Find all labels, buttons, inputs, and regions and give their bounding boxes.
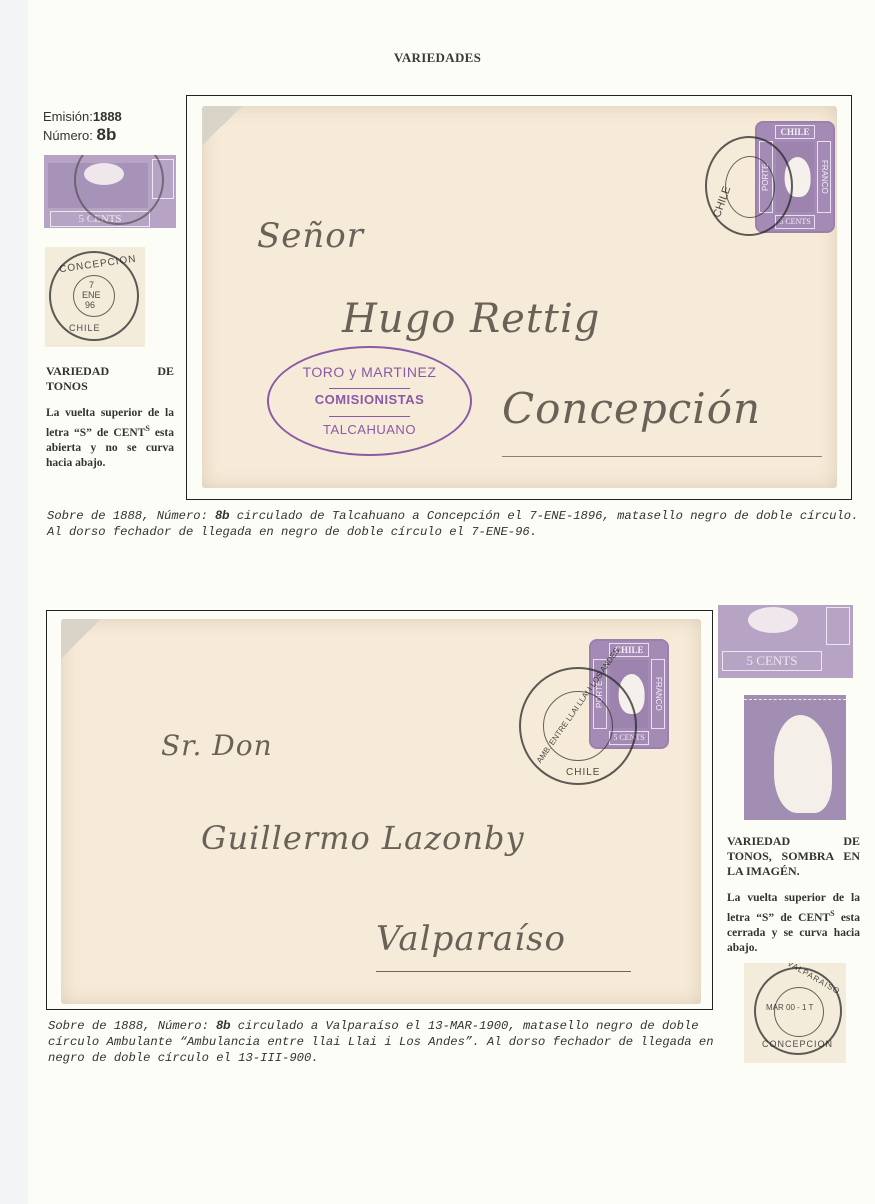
address-line-1: Señor bbox=[257, 216, 364, 256]
variety-note-2: VARIEDAD DE TONOS, SOMBRA EN LA IMAGÉN. … bbox=[727, 834, 860, 956]
issue-label: Emisión: bbox=[43, 109, 93, 124]
address-line-2: Hugo Rettig bbox=[342, 296, 600, 342]
issue-info: Emisión:1888 Número: 8b bbox=[43, 108, 122, 145]
envelope-2: CHILE PORTE FRANCO 5 CENTS AMB. ENTRE LL… bbox=[61, 619, 701, 1004]
cancel-detail-image-2: MAR 00 - 1 T VALPARAISO CONCEPCION bbox=[744, 963, 846, 1063]
cancel-date: MAR 00 - 1 T bbox=[766, 1003, 813, 1012]
cancel-destination: CONCEPCION bbox=[762, 1039, 833, 1049]
catalog-label: Número: bbox=[43, 128, 93, 143]
catalog-number: 8b bbox=[96, 125, 116, 144]
issue-year: 1888 bbox=[93, 109, 122, 124]
cancel-year: 96 bbox=[85, 300, 95, 310]
page-title: VARIEDADES bbox=[0, 50, 875, 66]
caption-1: Sobre de 1888, Número: 8b circulado de T… bbox=[47, 507, 862, 540]
note-heading: VARIEDAD DE bbox=[727, 834, 860, 849]
address-line-1: Sr. Don bbox=[161, 729, 273, 762]
cancel-day: 7 bbox=[89, 280, 94, 290]
envelope-1: CHILE PORTE FRANCO 5 CENTS CHILE Señor H… bbox=[202, 106, 837, 488]
note-heading-2: TONOS, SOMBRA EN bbox=[727, 849, 860, 864]
catalog-number-line: Número: 8b bbox=[43, 126, 122, 145]
note-body: La vuelta superior de la letra “S” de CE… bbox=[46, 406, 174, 471]
stamp-detail-image-1: 5 CENTS bbox=[44, 155, 176, 228]
portrait-detail-image bbox=[744, 695, 846, 820]
note-heading: VARIEDAD DE bbox=[46, 364, 174, 379]
stamp-detail-image-2: 5 CENTS bbox=[718, 605, 853, 678]
postmark-1 bbox=[705, 136, 793, 236]
envelope-frame-1: CHILE PORTE FRANCO 5 CENTS CHILE Señor H… bbox=[186, 95, 852, 500]
note-heading-3: LA IMAGÉN. bbox=[727, 864, 860, 879]
cancel-country: CHILE bbox=[69, 323, 101, 333]
address-line-3: Valparaíso bbox=[376, 919, 566, 959]
scan-edge bbox=[0, 0, 28, 1204]
note-body: La vuelta superior de la letra “S” de CE… bbox=[727, 891, 860, 956]
cancel-detail-image-1: CONCEPCION 7 ENE 96 CHILE bbox=[45, 247, 145, 347]
postmark-country-2: CHILE bbox=[566, 767, 600, 778]
address-line-3: Concepción bbox=[502, 384, 761, 433]
address-line-2: Guillermo Lazonby bbox=[201, 819, 525, 857]
caption-2: Sobre de 1888, Número: 8b circulado a Va… bbox=[48, 1017, 738, 1066]
merchant-handstamp: TORO y MARTINEZ COMISIONISTAS TALCAHUANO bbox=[267, 346, 472, 456]
stamp-value-text: 5 CENTS bbox=[722, 651, 822, 671]
variety-note-1: VARIEDAD DE TONOS La vuelta superior de … bbox=[46, 364, 174, 471]
issue-year-line: Emisión:1888 bbox=[43, 108, 122, 126]
cancel-month: ENE bbox=[82, 290, 101, 300]
envelope-frame-2: CHILE PORTE FRANCO 5 CENTS AMB. ENTRE LL… bbox=[46, 610, 713, 1010]
note-heading-2: TONOS bbox=[46, 379, 174, 394]
